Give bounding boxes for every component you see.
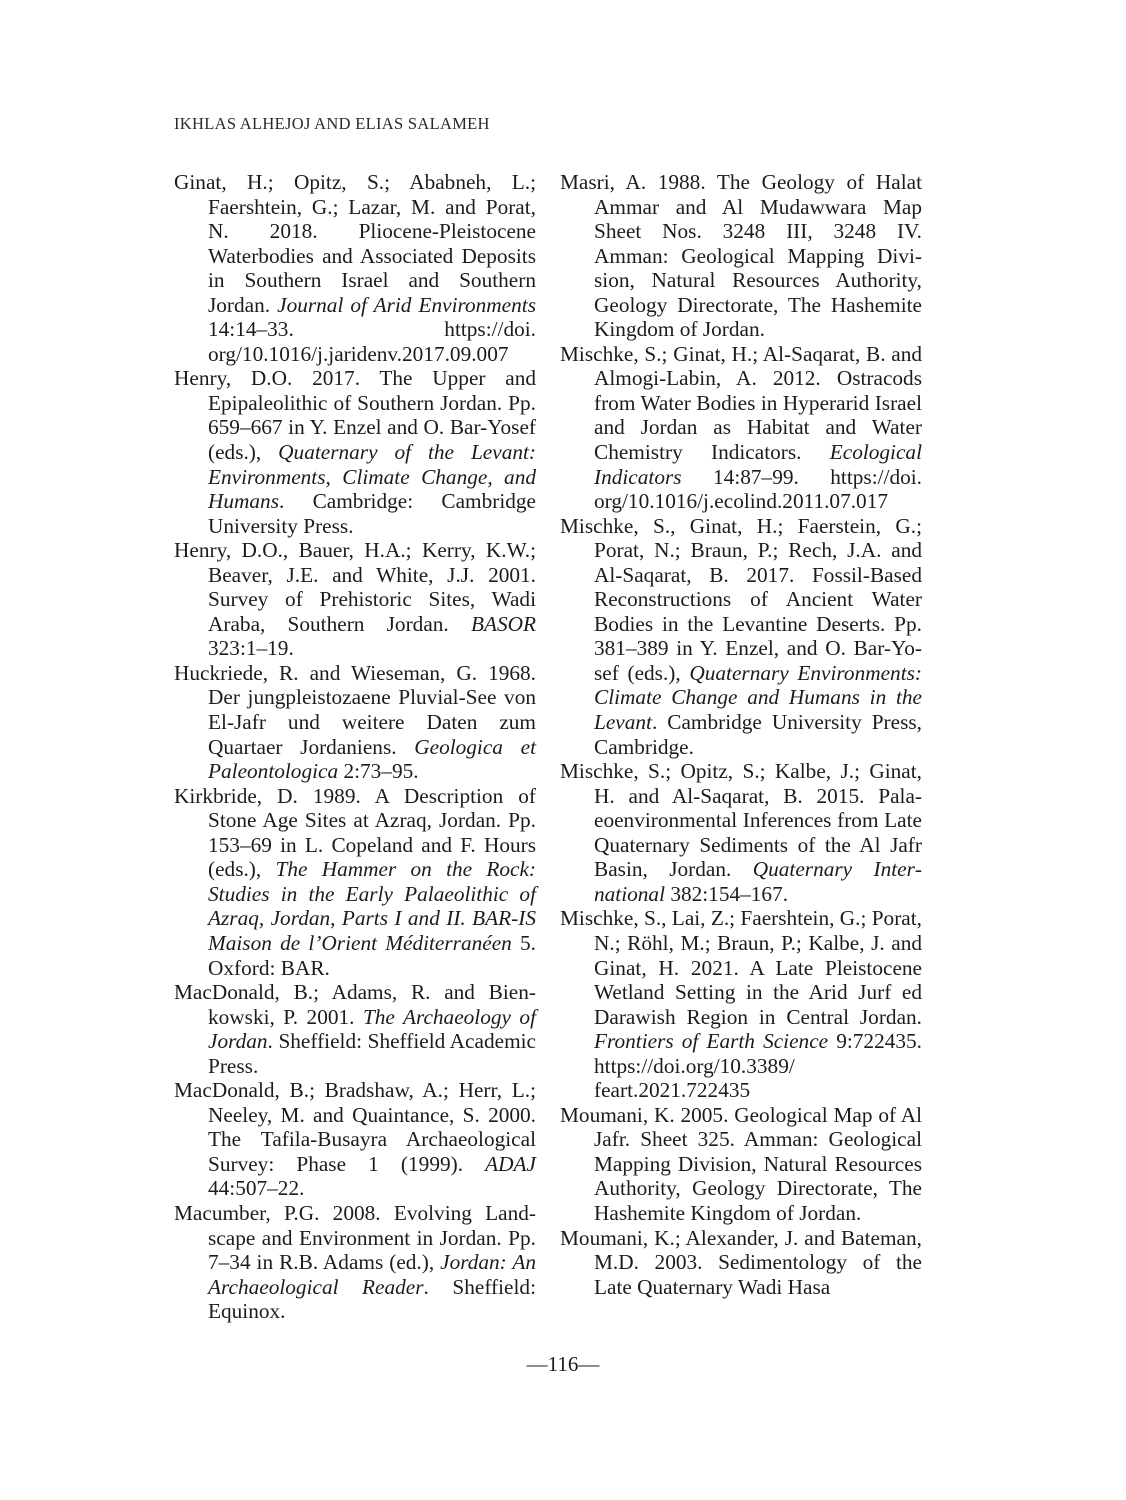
reference-title-italic: BASOR <box>471 612 536 636</box>
reference-entry: Henry, D.O., Bauer, H.A.; Kerry, K.W.; B… <box>174 538 536 661</box>
reference-entry: MacDonald, B.; Adams, R. and Bien­kowski… <box>174 980 536 1078</box>
reference-text: Mischke, S., Lai, Z.; Faershtein, G.; Po… <box>560 906 922 1028</box>
reference-text: 382:154–167. <box>665 882 788 906</box>
reference-entry: Mischke, S., Lai, Z.; Faershtein, G.; Po… <box>560 906 922 1102</box>
reference-entry: Macumber, P.G. 2008. Evolving Land­scape… <box>174 1201 536 1324</box>
reference-entry: Kirkbride, D. 1989. A Description of Sto… <box>174 784 536 980</box>
reference-text: 14:14–33. https://doi.​org/10.1016/j.jar… <box>208 317 536 366</box>
reference-entry: Moumani, K. 2005. Geological Map of Al J… <box>560 1103 922 1226</box>
reference-entry: Mischke, S., Ginat, H.; Faerstein, G.; P… <box>560 514 922 759</box>
reference-text: 2:73–95. <box>338 759 418 783</box>
references-left-column: Ginat, H.; Opitz, S.; Ababneh, L.; Faers… <box>174 170 536 1324</box>
reference-text: MacDonald, B.; Bradshaw, A.; Herr, L.; N… <box>174 1078 536 1176</box>
reference-text: Moumani, K. 2005. Geological Map of Al J… <box>560 1103 922 1225</box>
reference-text: 323:1–19. <box>208 636 294 660</box>
reference-entry: MacDonald, B.; Bradshaw, A.; Herr, L.; N… <box>174 1078 536 1201</box>
reference-text: Moumani, K.; Alexander, J. and Bate­man,… <box>560 1226 922 1299</box>
reference-text: Masri, A. 1988. The Geology of Halat Amm… <box>560 170 922 341</box>
reference-entry: Mischke, S.; Opitz, S.; Kalbe, J.; Ginat… <box>560 759 922 906</box>
reference-text: 44:507–22. <box>208 1176 304 1200</box>
reference-entry: Ginat, H.; Opitz, S.; Ababneh, L.; Faers… <box>174 170 536 366</box>
reference-entry: Mischke, S.; Ginat, H.; Al-Saqarat, B. a… <box>560 342 922 514</box>
reference-entry: Henry, D.O. 2017. The Upper and Epipaleo… <box>174 366 536 538</box>
reference-entry: Huckriede, R. and Wieseman, G. 1968. Der… <box>174 661 536 784</box>
reference-title-italic: Journal of Arid Environments <box>277 293 536 317</box>
reference-entry: Masri, A. 1988. The Geology of Halat Amm… <box>560 170 922 342</box>
running-head: IKHLAS ALHEJOJ AND ELIAS SALAMEH <box>174 114 490 134</box>
reference-title-italic: Frontiers of Earth Science <box>594 1029 828 1053</box>
page-number: —116— <box>0 1352 1126 1377</box>
reference-text: Mischke, S., Ginat, H.; Faerstein, G.; P… <box>560 514 922 685</box>
reference-title-italic: ADAJ <box>485 1152 536 1176</box>
reference-entry: Moumani, K.; Alexander, J. and Bate­man,… <box>560 1226 922 1300</box>
references-right-column: Masri, A. 1988. The Geology of Halat Amm… <box>560 170 922 1299</box>
